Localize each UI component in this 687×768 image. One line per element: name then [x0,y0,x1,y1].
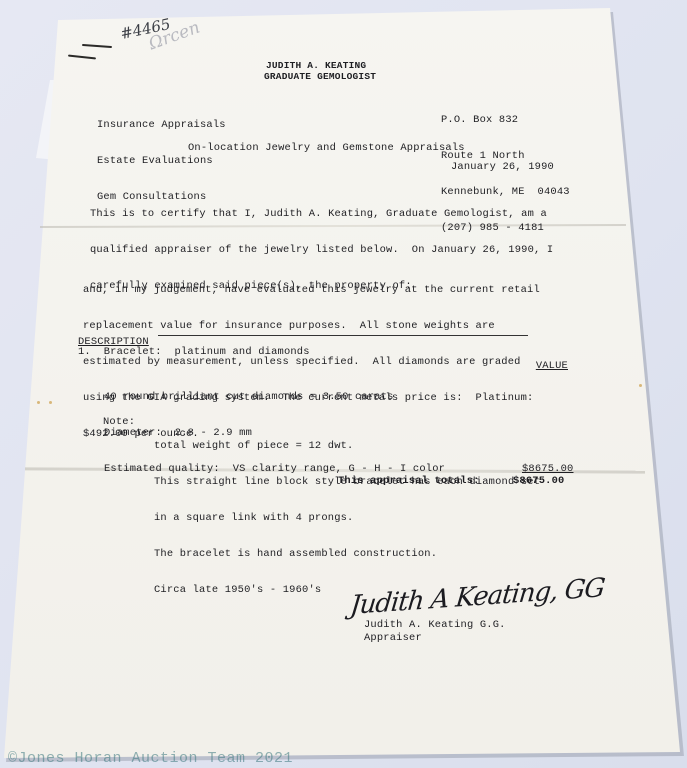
item-notes: total weight of piece = 12 dwt. This str… [154,416,540,608]
item-title: 1. Bracelet: platinum and diamonds [78,346,310,358]
service-item: Estate Evaluations [97,155,226,167]
note-line: The bracelet is hand assembled construct… [154,548,540,560]
total-value: $8675.00 [513,475,564,487]
paper-speck [37,401,40,404]
total-label: This appraisal totals: [338,475,480,487]
letterhead-title: GRADUATE GEMOLOGIST [264,71,376,83]
intro-line: qualified appraiser of the jewelry liste… [90,244,553,256]
address-line: P.O. Box 832 [441,114,570,126]
pen-dash-marks [68,42,114,64]
paper-speck [49,401,52,404]
value-header: VALUE [536,360,568,372]
body-line: and, in my judgement, have evaluated thi… [83,284,540,296]
note-line: in a square link with 4 prongs. [154,512,540,524]
item-name: Bracelet: platinum and diamonds [104,346,310,358]
paper-speck [639,384,642,387]
note-line: total weight of piece = 12 dwt. [154,440,540,452]
intro-line: This is to certify that I, Judith A. Kea… [90,208,553,220]
detail-line: 40 round brilliant cut diamonds = 3.50 c… [104,391,445,403]
signatory-role: Appraiser [364,632,422,644]
document-date: January 26, 1990 [451,161,554,173]
service-item: Insurance Appraisals [97,119,226,131]
signatory-name: Judith A. Keating G.G. [364,619,506,631]
item-value: $8675.00 [522,463,573,475]
copyright-watermark: ©Jones Horan Auction Team 2021 [8,750,293,767]
note-label: Note: [103,416,135,428]
item-number: 1. [78,346,91,358]
header-rule [158,335,528,336]
tagline: On-location Jewelry and Gemstone Apprais… [188,142,465,154]
